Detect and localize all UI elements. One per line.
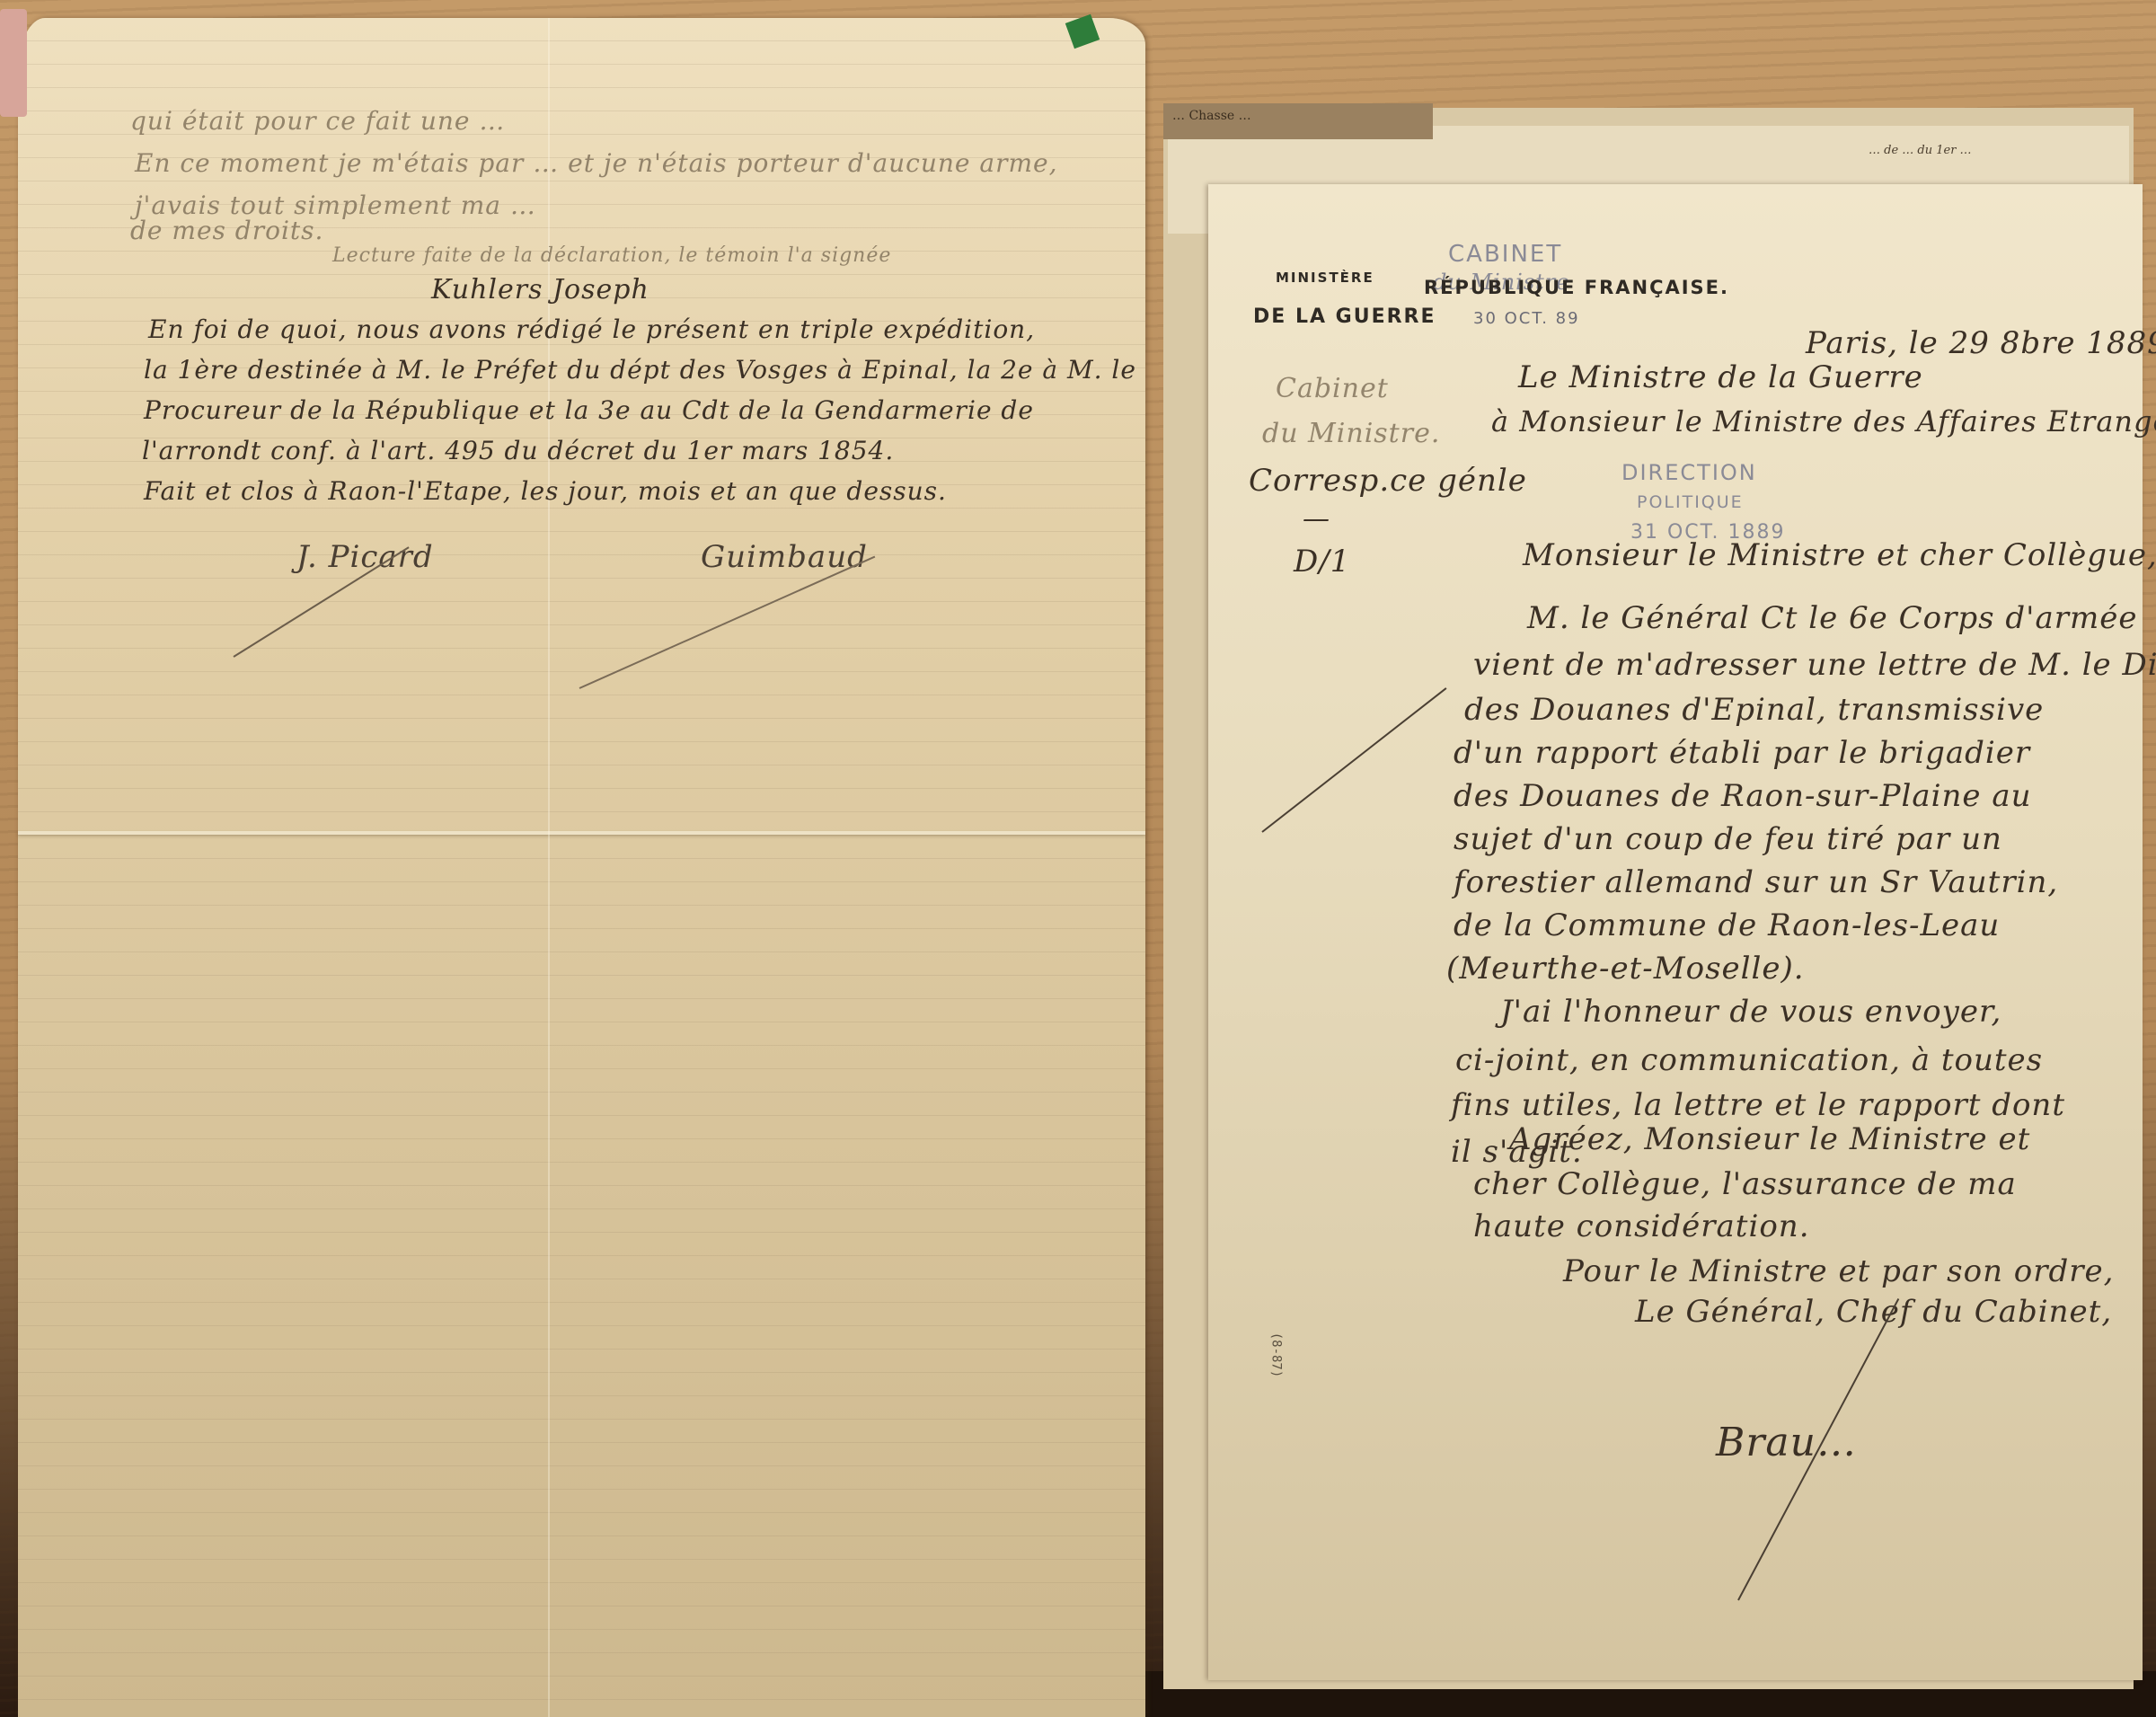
letter-body-line-4: d'un rapport établi par le brigadier	[1454, 735, 2030, 771]
pink-folder-tab	[0, 9, 27, 117]
letter-body-line-9: (Meurthe-et-Moselle).	[1446, 951, 1805, 987]
direction-stamp-line2: POLITIQUE	[1637, 492, 1744, 512]
letter-body-line-5: des Douanes de Raon-sur-Plaine au	[1454, 778, 2032, 814]
letter-body-line-11: ci-joint, en communication, à toutes	[1455, 1042, 2043, 1078]
letter-body-line-8: de la Commune de Raon-les-Leau	[1454, 907, 2000, 943]
closing-line-3: haute considération.	[1473, 1208, 1810, 1244]
letter-salutation: Monsieur le Ministre et cher Collègue,	[1523, 537, 2156, 573]
margin-du-ministre: du Ministre.	[1262, 418, 1440, 449]
letter-body-line-2: vient de m'adresser une lettre de M. le …	[1473, 647, 2156, 683]
ruled-lines	[18, 18, 1145, 1717]
witness-signature: Kuhlers Joseph	[431, 274, 649, 305]
archive-number: (8-87)	[1268, 1332, 1283, 1378]
letter-to: à Monsieur le Ministre des Affaires Etra…	[1491, 404, 2156, 438]
republique-francaise: RÉPUBLIQUE FRANÇAISE.	[1424, 277, 1729, 298]
letter-body-line-3: des Douanes d'Epinal, transmissive	[1464, 692, 2044, 728]
cabinet-stamp-title: CABINET	[1448, 241, 1562, 268]
folder-tab-label: … Chasse …	[1163, 103, 1433, 139]
direction-stamp-line1: DIRECTION	[1621, 460, 1757, 485]
left-body-line-1: En foi de quoi, nous avons rédigé le pré…	[148, 314, 1035, 344]
closing-line-2: cher Collègue, l'assurance de ma	[1473, 1166, 2017, 1202]
left-faint-line-2: En ce moment je m'étais par … et je n'ét…	[135, 148, 1058, 178]
left-faint-line-4: de mes droits.	[130, 216, 323, 245]
letter-body-line-7: forestier allemand sur un Sr Vautrin,	[1454, 864, 2058, 900]
letter-body-line-12: fins utiles, la lettre et le rapport don…	[1451, 1087, 2065, 1123]
left-faint-line-1: qui était pour ce fait une …	[130, 106, 505, 136]
place-date: Paris, le 29 8bre 1889.	[1806, 325, 2156, 361]
margin-dash: —	[1303, 503, 1330, 535]
margin-cabinet: Cabinet	[1276, 373, 1389, 404]
vertical-fold	[548, 18, 550, 1717]
margin-initials: D/1	[1294, 544, 1350, 580]
letter-body-line-6: sujet d'un coup de feu tiré par un	[1454, 821, 2002, 857]
ministry-name: DE LA GUERRE	[1253, 305, 1436, 328]
margin-correspondance: Corresp.ce génle	[1249, 463, 1527, 499]
closing-line-1: Agréez, Monsieur le Ministre et	[1509, 1121, 2030, 1157]
letter-body-line-1: M. le Général Ct le 6e Corps d'armée	[1527, 600, 2137, 636]
general-signature: Brau…	[1716, 1420, 1857, 1465]
attestation-line: Lecture faite de la déclaration, le témo…	[332, 244, 891, 267]
left-body-line-5: Fait et clos à Raon-l'Etape, les jour, m…	[144, 476, 947, 506]
ministry-label: MINISTÈRE	[1276, 270, 1374, 286]
left-body-line-4: l'arrondt conf. à l'art. 495 du décret d…	[142, 436, 894, 465]
left-body-line-3: Procureur de la République et la 3e au C…	[144, 395, 1034, 425]
letter-body-line-10: J'ai l'honneur de vous envoyer,	[1500, 994, 2001, 1030]
cabinet-stamp-date: 30 OCT. 89	[1473, 309, 1580, 328]
signoff-line-1: Pour le Ministre et par son ordre,	[1563, 1253, 2114, 1289]
letter-from: Le Ministre de la Guerre	[1518, 359, 1923, 395]
signature-picard: J. Picard	[296, 539, 434, 575]
left-body-line-2: la 1ère destinée à M. le Préfet du dépt …	[144, 355, 1136, 385]
left-document-page	[18, 18, 1145, 1717]
signoff-line-2: Le Général, Chef du Cabinet,	[1635, 1294, 2112, 1330]
horizontal-fold	[18, 831, 1145, 835]
torn-label: … de … du 1er …	[1869, 144, 2084, 180]
